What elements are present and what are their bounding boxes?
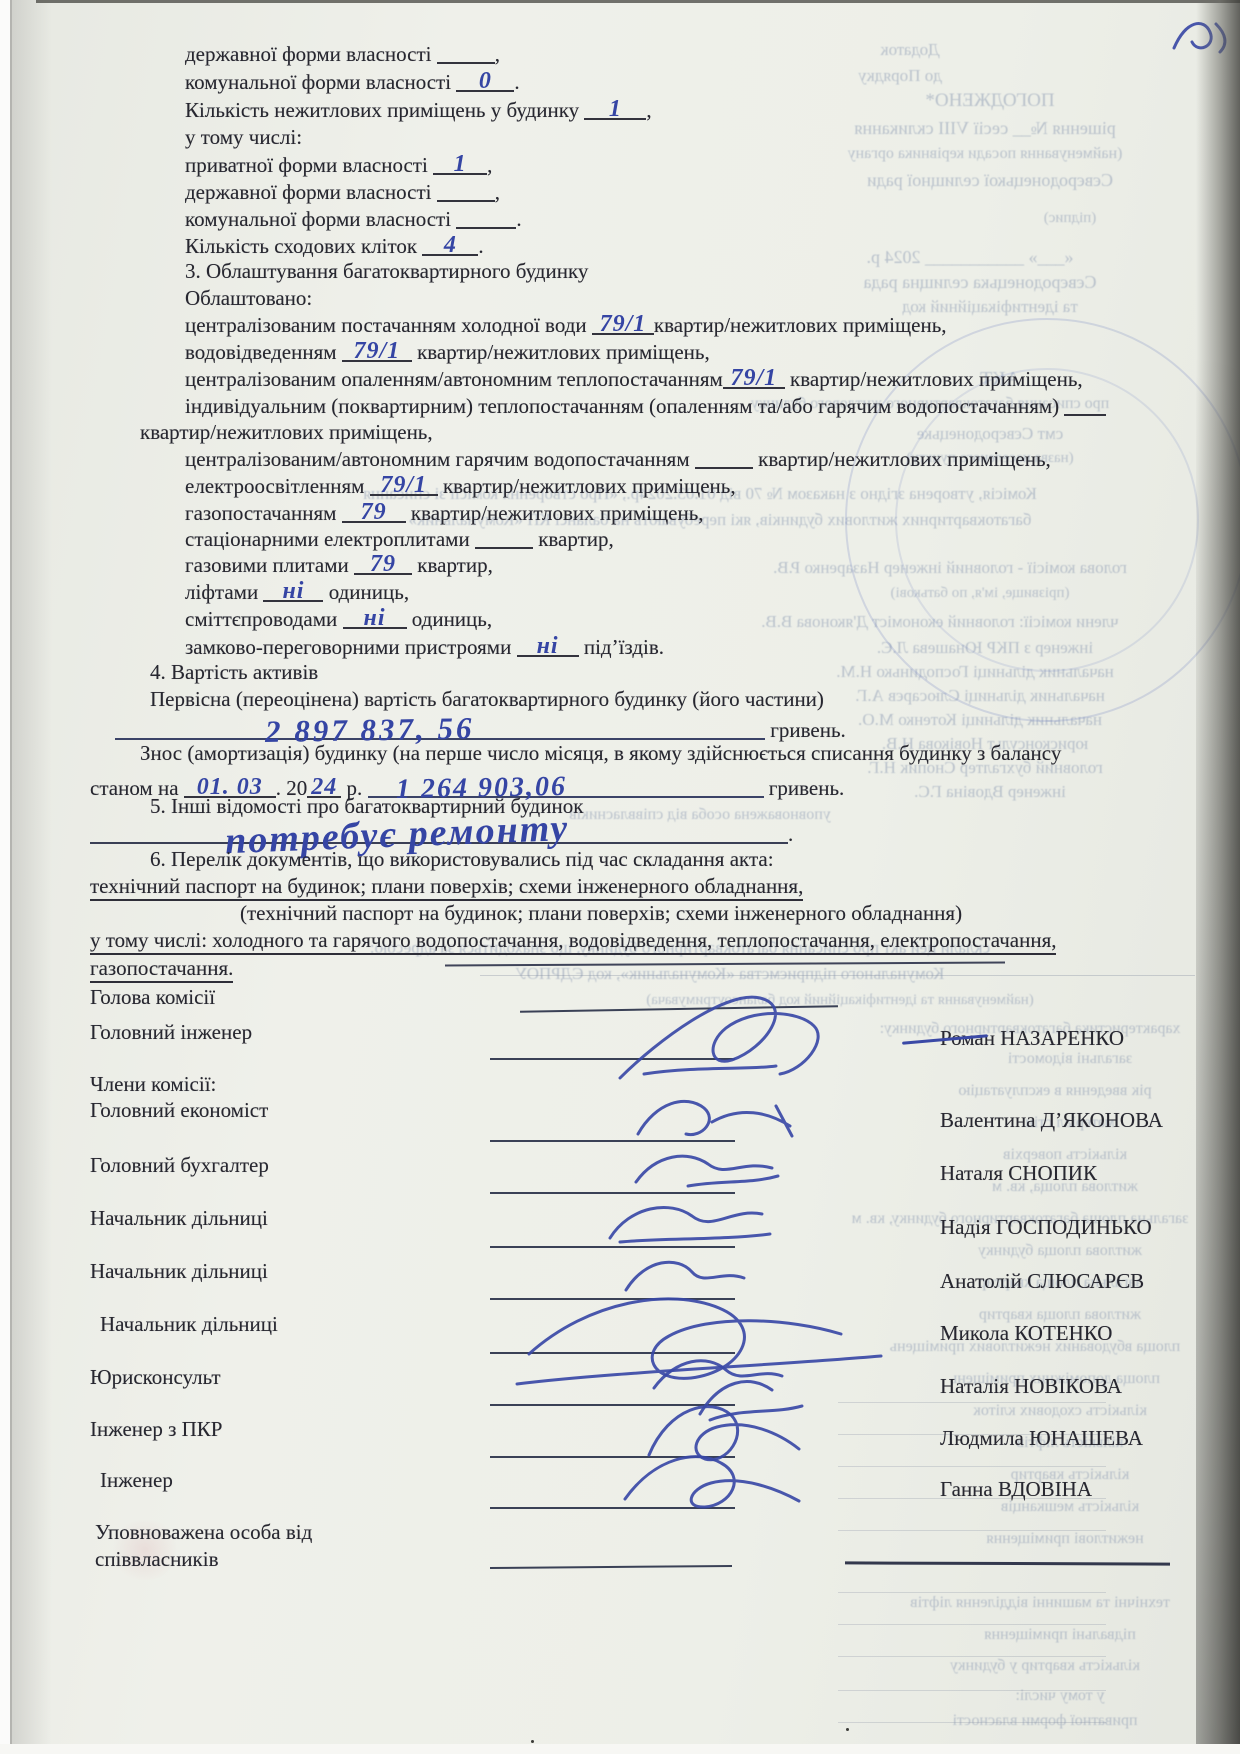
bleedthrough-text: (найменування посади керівника органу: [760, 145, 1210, 163]
blank-field: [437, 40, 495, 64]
printed-text: водовідведенням: [185, 340, 342, 364]
form-line: технічний паспорт на будинок; плани пове…: [90, 873, 803, 899]
bleed-line: [838, 1530, 1106, 1531]
handwritten-value: 79/1: [342, 338, 412, 364]
scanned-document-page: Додатокдо ПорядкуПОГОДЖЕНО*рішення №__ с…: [0, 0, 1240, 1754]
form-line: водовідведенням 79/1 квартир/нежитлових …: [185, 338, 710, 365]
form-line: Облаштовано:: [185, 285, 312, 311]
printed-text: квартир/нежитлових приміщень,: [438, 474, 736, 498]
printed-text: Кількість нежитлових приміщень у будинку: [185, 98, 584, 122]
scan-speck: [846, 1728, 849, 1731]
blank-field: 1: [584, 96, 646, 120]
signatory-role: Головний інженер: [90, 1020, 252, 1045]
bleedthrough-text: інженер Вдовіна Г.С.: [840, 782, 1140, 802]
printed-text: газопостачанням: [185, 501, 342, 525]
signature-scribble-chief-engineer: [608, 982, 918, 1094]
signatory-role: Інженер: [100, 1468, 173, 1493]
blank-field: ні: [263, 578, 323, 602]
printed-text: 6. Перелік документів, що використовувал…: [150, 847, 774, 871]
signature-scribble-chief-accountant: [630, 1146, 785, 1196]
signatory-role: Головний економіст: [90, 1098, 268, 1123]
bleedthrough-text: рік введення в експлуатацію: [880, 1082, 1230, 1100]
form-line: (технічний паспорт на будинок; плани пов…: [240, 900, 962, 926]
printed-text: ,: [646, 98, 651, 122]
printed-text: під’їздів.: [579, 635, 664, 659]
printed-text: газовими плитами: [185, 553, 354, 577]
signatory-role: Юрисконсульт: [90, 1365, 221, 1390]
form-line: газопостачанням 79 квартир/нежитлових пр…: [185, 499, 704, 526]
blank-field: 0: [456, 68, 514, 92]
bleed-line: [838, 1466, 1106, 1467]
blank-field: 79: [342, 499, 406, 523]
handwritten-value: 79/1: [370, 472, 438, 498]
blank-field: 79/1: [370, 472, 438, 496]
form-line: централізованим опаленням/автономним теп…: [185, 365, 1083, 392]
printed-text: приватної форми власності: [185, 153, 433, 177]
signatory-role: Начальник дільниці: [100, 1312, 278, 1337]
bleedthrough-text: (підпис): [1000, 210, 1140, 227]
signatory-role: Начальник дільниці: [90, 1206, 268, 1231]
printed-text: Знос (амортизація) будинку (на перше чис…: [140, 741, 1061, 765]
printed-text: квартир/нежитлових приміщень,: [785, 367, 1083, 391]
signatory-name: Ганна ВДОВІНА: [940, 1477, 1092, 1502]
form-line: 2 897 837, 56 гривень.: [115, 706, 846, 743]
bleed-line: [838, 1722, 1106, 1723]
form-line: сміттєпроводами ні одиниць,: [185, 605, 492, 632]
handwritten-value: 79: [342, 499, 406, 525]
printed-text: ліфтами: [185, 580, 263, 604]
printed-text: гривень.: [765, 718, 846, 742]
printed-text: замково-переговорними пристроями: [185, 635, 517, 659]
form-line: газовими плитами 79 квартир,: [185, 551, 493, 578]
pen-mark-top-right: [1166, 12, 1234, 60]
blank-field: 4: [422, 232, 478, 256]
blank-field: 79/1: [342, 338, 412, 362]
bleedthrough-text: кількість сходових кліток: [900, 1402, 1220, 1420]
form-line: 3. Облаштування багатоквартирного будинк…: [185, 258, 588, 284]
members-heading: Члени комісії:: [90, 1072, 216, 1097]
printed-text: стаціонарними електроплитами: [185, 527, 475, 551]
printed-text: одиниць,: [407, 607, 493, 631]
bleedthrough-text: ПОГОДЖЕНО*: [860, 90, 1120, 112]
printed-text: квартир,: [412, 553, 493, 577]
blank-field: [456, 205, 516, 229]
printed-text: .: [516, 207, 521, 231]
blank-field: потребує ремонту: [90, 798, 788, 844]
form-line: квартир/нежитлових приміщень,: [140, 419, 433, 445]
signatory-role: Начальник дільниці: [90, 1259, 268, 1284]
printed-text: Облаштовано:: [185, 286, 312, 310]
printed-text: у тому числі: холодного та гарячого водо…: [90, 928, 1056, 955]
blank-field: 79/1: [592, 311, 654, 335]
signatory-name: Наталя СНОПИК: [940, 1161, 1097, 1186]
printed-text: централізованим опаленням/автономним теп…: [185, 367, 723, 391]
printed-text: квартир/нежитлових приміщень,: [654, 313, 947, 337]
form-line: потребує ремонту.: [90, 798, 793, 847]
form-line: ліфтами ні одиниць,: [185, 578, 409, 605]
form-line: замково-переговорними пристроями ні під’…: [185, 633, 664, 660]
printed-text: одиниць,: [323, 580, 409, 604]
printed-text: електроосвітленням: [185, 474, 370, 498]
bleedthrough-text: Сєвєродонецька селищна рада: [780, 272, 1180, 293]
form-line: Знос (амортизація) будинку (на перше чис…: [140, 740, 1061, 766]
form-line: стаціонарними електроплитами квартир,: [185, 525, 614, 552]
form-line: комунальної форми власності 0.: [185, 68, 520, 95]
blank-field: 1: [433, 151, 487, 175]
handwritten-value: ні: [263, 578, 323, 604]
blank-field: [437, 178, 495, 202]
bleedthrough-text: «___» ___________ 2024 р.: [780, 247, 1160, 268]
form-line: державної форми власності ,: [185, 178, 500, 205]
bleed-line: [838, 1592, 1106, 1593]
printed-text: ,: [487, 153, 492, 177]
printed-text: квартир/нежитлових приміщень,: [412, 340, 710, 364]
handwritten-value: 0: [456, 68, 514, 94]
blank-field: [1064, 392, 1106, 416]
signatory-name: Анатолій СЛЮСАРЄВ: [940, 1269, 1144, 1294]
bleedthrough-text: Комунального підприємства «Комунальник»,…: [400, 964, 1060, 984]
form-line: індивідуальним (поквартирним) теплопоста…: [185, 392, 1106, 419]
signature-scribble-engineer: [613, 1443, 808, 1515]
printed-text: Голова комісії: [90, 985, 215, 1009]
printed-text: індивідуальним (поквартирним) теплопоста…: [185, 394, 1064, 418]
printed-text: сміттєпроводами: [185, 607, 343, 631]
blank-field: ні: [343, 605, 407, 629]
signatory-name: Наталія НОВІКОВА: [940, 1374, 1122, 1399]
form-line: централізованим постачанням холодної вод…: [185, 311, 947, 338]
printed-text: комунальної форми власності: [185, 207, 456, 231]
printed-text: централізованим постачанням холодної вод…: [185, 313, 592, 337]
form-line: централізованим/автономним гарячим водоп…: [185, 445, 1051, 472]
form-line: комунальної форми власності .: [185, 205, 522, 232]
printed-text: гривень.: [764, 776, 845, 800]
bleedthrough-text: Сєвєродонецької селищної ради: [790, 170, 1190, 191]
signatory-role: співвласників: [95, 1547, 219, 1572]
printed-text: ,: [495, 42, 500, 66]
printed-text: комунальної форми власності: [185, 70, 456, 94]
scan-speck: [531, 1740, 534, 1743]
printed-text: 3. Облаштування багатоквартирного будинк…: [185, 259, 588, 283]
form-line: державної форми власності ,: [185, 40, 500, 67]
handwritten-value: 79/1: [723, 365, 785, 391]
printed-text: квартир/нежитлових приміщень,: [140, 420, 433, 444]
handwritten-value: ні: [343, 605, 407, 631]
signatory-name: Валентина Д’ЯКОНОВА: [940, 1108, 1163, 1133]
blank-field: 2 897 837, 56: [115, 706, 765, 740]
form-line: Голова комісії: [90, 984, 215, 1010]
bleed-line: [838, 1624, 1106, 1625]
blank-field: [695, 445, 753, 469]
signature-scribble-foreman-1: [598, 1196, 778, 1252]
bleedthrough-text: загальні відомості: [930, 1050, 1210, 1068]
printed-text: (технічний паспорт на будинок; плани пов…: [240, 901, 962, 925]
blank-field: 79/1: [723, 365, 785, 389]
blank-field: ні: [517, 633, 579, 657]
printed-text: Кількість сходових кліток: [185, 234, 422, 258]
form-line: 4. Вартість активів: [150, 659, 318, 685]
signatory-role: Головний бухгалтер: [90, 1153, 269, 1178]
bleedthrough-text: підвальні приміщення: [900, 1626, 1220, 1644]
printed-text: газопостачання.: [90, 956, 233, 983]
form-line: у тому числі:: [185, 124, 302, 150]
printed-text: .: [478, 234, 483, 258]
bleedthrough-text: Додаток: [840, 40, 980, 60]
bleedthrough-text: житлова площа будинку: [900, 1242, 1220, 1260]
signatory-role: Інженер з ПКР: [90, 1417, 223, 1442]
bleedthrough-text: рішення №__ сесії VIII скликання: [770, 118, 1200, 139]
handwritten-value: ні: [517, 633, 579, 659]
handwritten-value: 1: [433, 151, 487, 177]
form-line: електроосвітленням 79/1 квартир/нежитлов…: [185, 472, 736, 499]
form-line: газопостачання.: [90, 955, 233, 981]
signatory-name: Людмила ЮНАШЕВА: [940, 1426, 1143, 1451]
bleedthrough-text: приватної форми власності: [870, 1712, 1220, 1730]
handwritten-value: 1: [584, 96, 646, 122]
form-line: Кількість нежитлових приміщень у будинку…: [185, 96, 652, 123]
bleedthrough-text: нежитлові приміщення: [910, 1530, 1220, 1548]
handwritten-value: 79: [354, 551, 412, 577]
handwritten-value: 4: [422, 232, 478, 258]
bleed-line: [838, 1656, 1106, 1657]
printed-text: квартир/нежитлових приміщень,: [753, 447, 1051, 471]
form-line: Кількість сходових кліток 4.: [185, 232, 484, 259]
bleedthrough-text: до Порядку: [800, 66, 1000, 86]
blank-field: [475, 525, 533, 549]
printed-text: 4. Вартість активів: [150, 660, 318, 684]
signature-scribble-chief-economist: [628, 1090, 798, 1148]
signatory-name: Надія ГОСПОДИНЬКО: [940, 1215, 1152, 1240]
printed-text: у тому числі:: [185, 125, 302, 149]
handwritten-value: 79/1: [592, 311, 654, 337]
printed-text: .: [514, 70, 519, 94]
printed-text: квартир,: [533, 527, 614, 551]
signatory-name: Микола КОТЕНКО: [940, 1321, 1112, 1346]
form-line: у тому числі: холодного та гарячого водо…: [90, 927, 1056, 953]
blank-field: 79: [354, 551, 412, 575]
printed-text: .: [788, 822, 793, 846]
printed-text: технічний паспорт на будинок; плани пове…: [90, 874, 803, 901]
printed-text: державної форми власності: [185, 42, 437, 66]
bleed-line: [838, 1690, 1106, 1691]
printed-text: квартир/нежитлових приміщень,: [406, 501, 704, 525]
form-line: приватної форми власності 1,: [185, 151, 492, 178]
bleedthrough-text: кількість квартир у будинку: [870, 1657, 1220, 1675]
printed-text: централізованим/автономним гарячим водоп…: [185, 447, 695, 471]
printed-text: ,: [495, 180, 500, 204]
form-line: 6. Перелік документів, що використовувал…: [150, 846, 774, 872]
signatory-role: Уповноважена особа від: [95, 1520, 312, 1545]
printed-text: державної форми власності: [185, 180, 437, 204]
bleedthrough-text: технічні та машинні відділення ліфтів: [850, 1594, 1230, 1612]
